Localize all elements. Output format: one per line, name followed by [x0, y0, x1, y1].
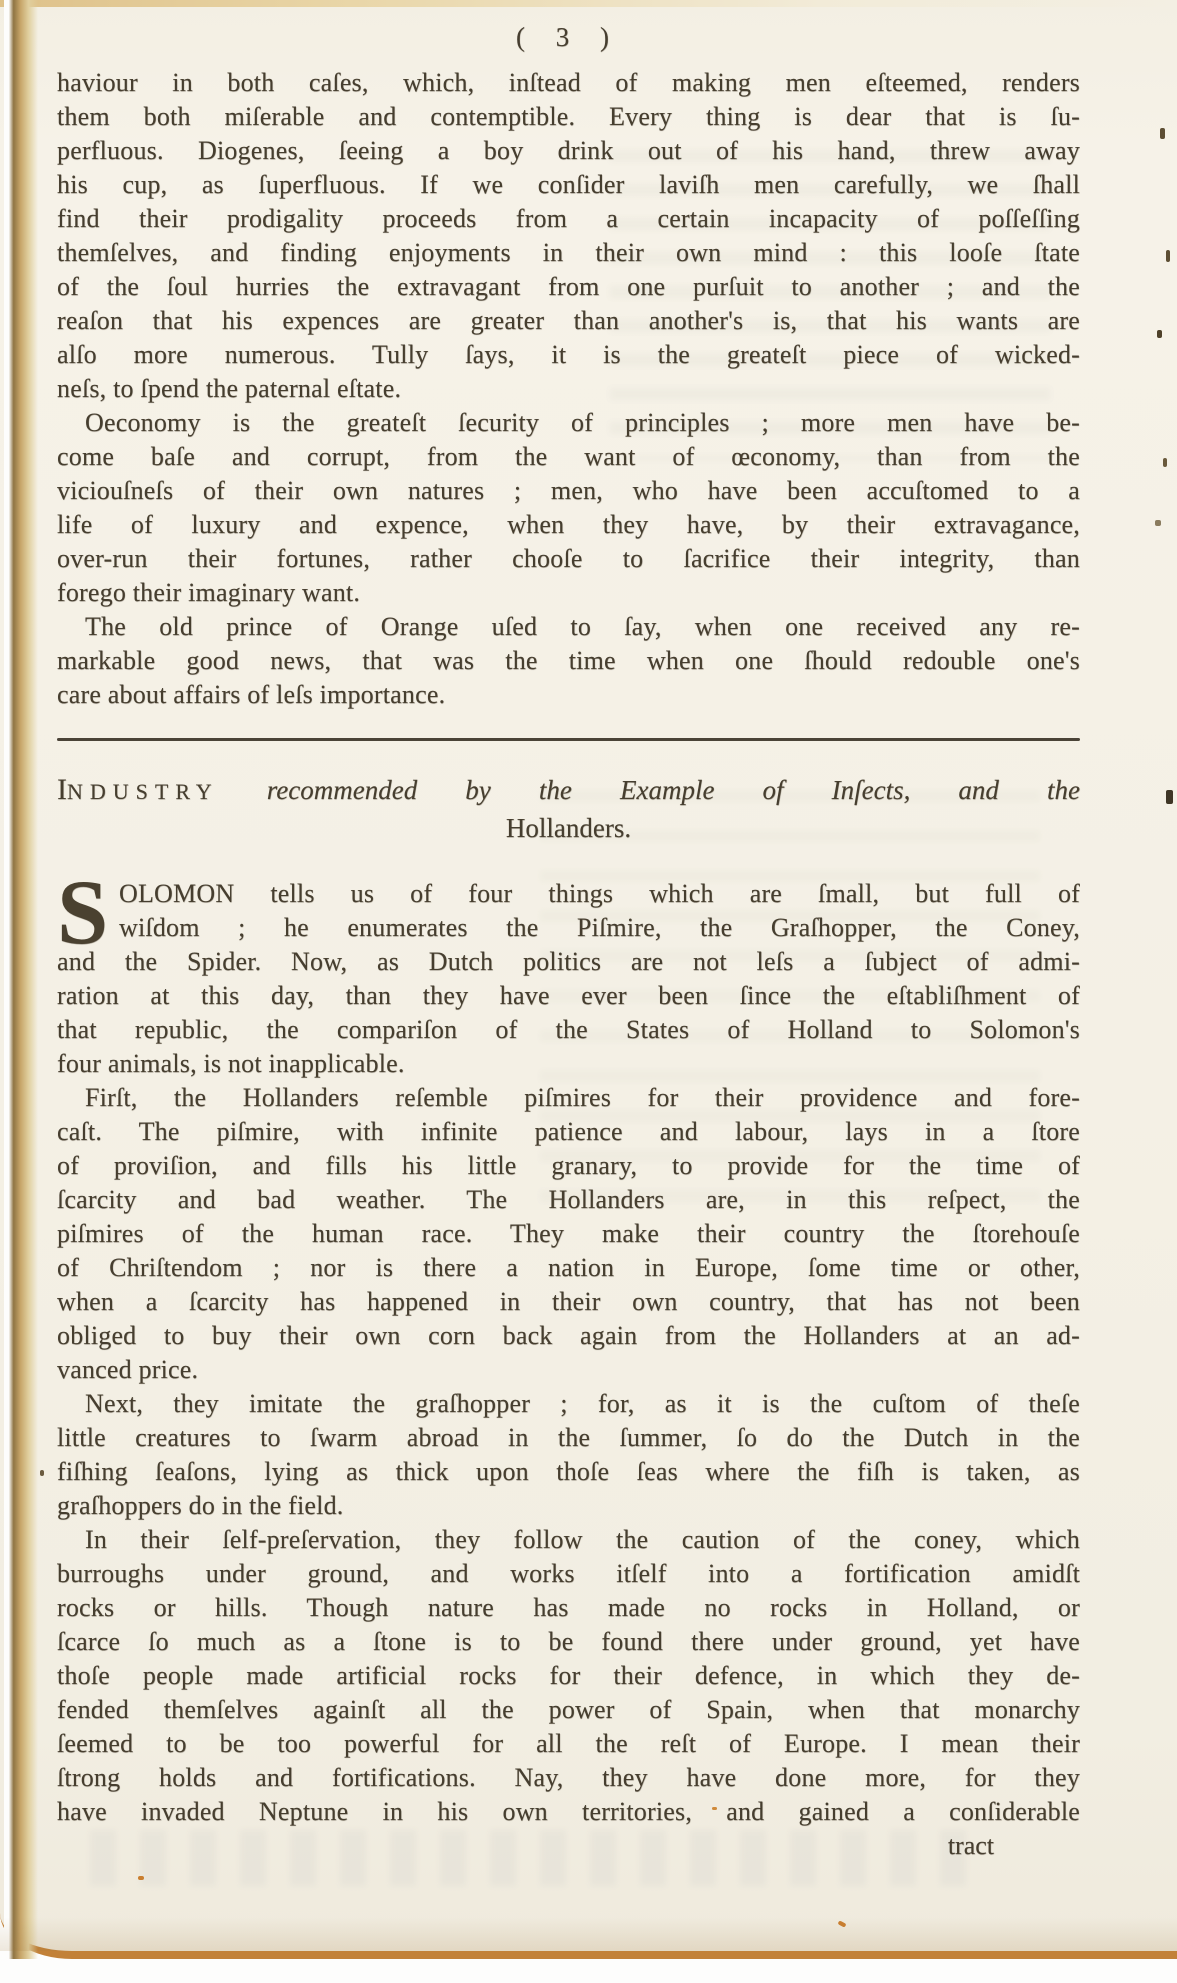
section-divider-rule: [57, 738, 1080, 741]
paragraph: In their ſelf-preſervation, they follow …: [57, 1523, 1080, 1829]
page-bottom-shade: [0, 1917, 1177, 1951]
page-speck: [1166, 250, 1170, 262]
text-block: ( 3 ) haviour in both caſes, which, inſt…: [57, 0, 1080, 1863]
text-line: Next, they imitate the graſhopper ; for,…: [57, 1387, 1080, 1421]
page-number: ( 3 ): [57, 18, 1080, 56]
text-line: ſcarce ſo much as a ſtone is to be found…: [57, 1625, 1080, 1659]
text-line: neſs, to ſpend the paternal eſtate.: [57, 372, 1080, 406]
paragraph: haviour in both caſes, which, inſtead of…: [57, 66, 1080, 406]
text-line: and the Spider. Now, as Dutch politics a…: [57, 945, 1080, 979]
paragraph: The old prince of Orange uſed to ſay, wh…: [57, 610, 1080, 712]
text-line: his cup, as ſuperfluous. If we conſider …: [57, 168, 1080, 202]
text-line: little creatures to ſwarm abroad in the …: [57, 1421, 1080, 1455]
paragraph: Oeconomy is the greateſt ſecurity of pri…: [57, 406, 1080, 610]
section-heading-line2: Hollanders.: [57, 809, 1080, 847]
text-line: burroughs under ground, and works itſelf…: [57, 1557, 1080, 1591]
text-line: Firſt, the Hollanders reſemble piſmires …: [57, 1081, 1080, 1115]
text-line: four animals, is not inapplicable.: [57, 1047, 1080, 1081]
text-line: thoſe people made artificial rocks for t…: [57, 1659, 1080, 1693]
text-line: rocks or hills. Though nature has made n…: [57, 1591, 1080, 1625]
text-line: perfluous. Diogenes, ſeeing a boy drink …: [57, 134, 1080, 168]
text-line: fiſhing ſeaſons, lying as thick upon tho…: [57, 1455, 1080, 1489]
text-line: markable good news, that was the time wh…: [57, 644, 1080, 678]
section-heading-line1: INDUSTRY recommended by the Example of I…: [57, 771, 1080, 809]
text-line: of Chriſtendom ; nor is there a nation i…: [57, 1251, 1080, 1285]
text-line: ſeemed to be too powerful for all the re…: [57, 1727, 1080, 1761]
text-line: ration at this day, than they have ever …: [57, 979, 1080, 1013]
text-line: caſt. The piſmire, with infinite patienc…: [57, 1115, 1080, 1149]
scanned-book-page: ( 3 ) haviour in both caſes, which, inſt…: [0, 0, 1177, 1983]
text-line: ſcarcity and bad weather. The Hollanders…: [57, 1183, 1080, 1217]
page-speck: [40, 1470, 44, 1476]
text-line: In their ſelf-preſervation, they follow …: [57, 1523, 1080, 1557]
page-speck: [1163, 458, 1167, 467]
text-line: ſtrong holds and fortifications. Nay, th…: [57, 1761, 1080, 1795]
text-line: graſhoppers do in the field.: [57, 1489, 1080, 1523]
text-line: find their prodigality proceeds from a c…: [57, 202, 1080, 236]
text-line: obliged to buy their own corn back again…: [57, 1319, 1080, 1353]
text-line: reaſon that his expences are greater tha…: [57, 304, 1080, 338]
paper-sheet: ( 3 ) haviour in both caſes, which, inſt…: [0, 0, 1177, 1959]
text-line: come baſe and corrupt, from the want of …: [57, 440, 1080, 474]
text-line: have invaded Neptune in his own territor…: [57, 1795, 1080, 1829]
text-line: fended themſelves againſt all the power …: [57, 1693, 1080, 1727]
text-line: care about affairs of leſs importance.: [57, 678, 1080, 712]
section-heading: INDUSTRY recommended by the Example of I…: [57, 771, 1080, 847]
text-line: piſmires of the human race. They make th…: [57, 1217, 1080, 1251]
page-gutter-edge: [4, 0, 38, 1959]
text-line: over-run their fortunes, rather chooſe t…: [57, 542, 1080, 576]
text-line: of proviſion, and fills his little grana…: [57, 1149, 1080, 1183]
text-line: viciouſneſs of their own natures ; men, …: [57, 474, 1080, 508]
text-line: forego their imaginary want.: [57, 576, 1080, 610]
heading-word-industry: INDUSTRY: [57, 775, 219, 805]
text-line: Oeconomy is the greateſt ſecurity of pri…: [57, 406, 1080, 440]
page-speck: [1155, 520, 1161, 526]
text-line: wiſdom ; he enumerates the Piſmire, the …: [57, 911, 1080, 945]
text-line: that republic, the compariſon of the Sta…: [57, 1013, 1080, 1047]
page-speck: [1160, 128, 1165, 139]
page-speck: [1157, 330, 1162, 338]
text-line: life of luxury and expence, when they ha…: [57, 508, 1080, 542]
text-line: of the ſoul hurries the extravagant from…: [57, 270, 1080, 304]
text-line: vanced price.: [57, 1353, 1080, 1387]
text-line: alſo more numerous. Tully ſays, it is th…: [57, 338, 1080, 372]
text-line: themſelves, and finding enjoyments in th…: [57, 236, 1080, 270]
paragraph: Next, they imitate the graſhopper ; for,…: [57, 1387, 1080, 1523]
heading-italic-text: recommended by the Example of Inſects, a…: [267, 775, 1080, 805]
paragraph: S OLOMON tells us of four things which a…: [57, 877, 1080, 1081]
text-line: The old prince of Orange uſed to ſay, wh…: [57, 610, 1080, 644]
drop-cap: S: [57, 879, 108, 945]
page-speck: [138, 1876, 144, 1880]
paragraph: Firſt, the Hollanders reſemble piſmires …: [57, 1081, 1080, 1387]
section-body: S OLOMON tells us of four things which a…: [57, 877, 1080, 1829]
page-speck: [1166, 790, 1173, 804]
text-line: when a ſcarcity has happened in their ow…: [57, 1285, 1080, 1319]
text-line: them both miſerable and contemptible. Ev…: [57, 100, 1080, 134]
text-line: OLOMON tells us of four things which are…: [57, 877, 1080, 911]
catchword: tract: [57, 1829, 1080, 1863]
text-line: haviour in both caſes, which, inſtead of…: [57, 66, 1080, 100]
